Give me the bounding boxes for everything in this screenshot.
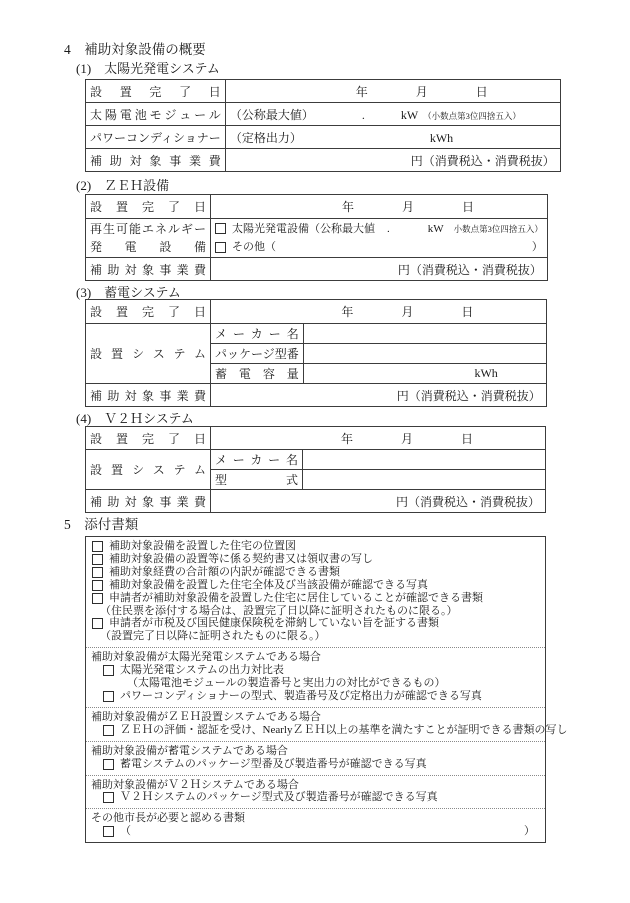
install-system-label: 設置システム: [86, 450, 211, 490]
checkbox[interactable]: [103, 792, 114, 803]
power-conditioner-label: パワーコンディショナー: [86, 126, 226, 149]
table-row: 設置システム メーカー名: [86, 450, 546, 470]
option-solar-label: 太陽光発電設備（公称最大値: [232, 220, 375, 239]
subsidy-cost-field[interactable]: 円（消費税込・消費税抜）: [225, 149, 560, 172]
subsidy-cost-label: 補助対象事業費: [86, 384, 211, 407]
block-heading: 補助対象設備がＶ２Ｈシステムである場合: [91, 779, 540, 792]
table3-title: (3) 蓄電システム: [76, 286, 181, 300]
option-other: その他（ ）: [215, 238, 543, 257]
checklist-item: ＺＥＨの評価・認証を受け、NearlyＺＥＨ以上の基準を満たすことが証明できる書…: [103, 724, 540, 737]
install-date-label: 設置完了日: [86, 300, 211, 324]
table2-title: (2) ＺＥＨ設備: [76, 179, 169, 193]
install-date-field[interactable]: 年 月 日: [211, 427, 546, 450]
checkbox[interactable]: [103, 826, 114, 837]
checkbox[interactable]: [92, 567, 103, 578]
subsidy-cost-field[interactable]: 円（消費税込・消費税抜）: [211, 258, 548, 281]
table-row: パワーコンディショナー （定格出力） kWh: [86, 126, 561, 149]
checkbox[interactable]: [103, 691, 114, 702]
power-conditioner-field[interactable]: （定格出力） kWh: [225, 126, 560, 149]
model-type-field[interactable]: [303, 470, 546, 490]
checklist-item-note: （設置完了日以降に証明されたものに限る。）: [100, 630, 540, 643]
table4-title: (4) Ｖ２Ｈシステム: [76, 412, 194, 426]
close-paren: ）: [524, 825, 535, 838]
kw-unit: kW: [428, 220, 444, 239]
install-date-field[interactable]: 年 月 日: [225, 80, 560, 103]
model-type-label: 型式: [211, 470, 303, 490]
table-row: 設置完了日 年 月 日: [86, 195, 548, 219]
checklist-item: 補助対象設備の設置等に係る契約書又は領収書の写し: [92, 553, 540, 566]
open-paren: （: [120, 825, 131, 838]
subsidy-cost-field[interactable]: 円（消費税込・消費税抜）: [211, 490, 546, 513]
checklist-item-label: 補助対象設備を設置した住宅の位置図: [109, 540, 296, 553]
checklist-item: 太陽光発電システムの出力対比表: [103, 664, 540, 677]
install-date-label: 設置完了日: [86, 195, 211, 219]
table-row: 再生可能エネルギー 発電設備 太陽光発電設備（公称最大値 . kW 小数点第3位…: [86, 219, 548, 258]
maker-name-label: メーカー名: [211, 324, 304, 344]
install-date-label: 設置完了日: [86, 427, 211, 450]
install-date-label: 設置完了日: [86, 80, 226, 103]
checklist-item-note: （太陽電池モジュールの製造番号と実出力の対比ができるもの）: [127, 677, 540, 690]
checklist-item: パワーコンディショナーの型式、製造番号及び定格出力が確認できる写真: [103, 690, 540, 703]
checklist-item-label: 補助対象設備を設置した住宅全体及び当該設備が確認できる写真: [109, 579, 428, 592]
table-row: 補助対象事業費 円（消費税込・消費税抜）: [86, 258, 548, 281]
renewable-label-line1: 再生可能エネルギー: [90, 220, 206, 238]
kwh-unit: kWh: [430, 131, 453, 146]
solar-system-table: 設置完了日 年 月 日 太陽電池モジュール （公称最大値） . kW （小数点第…: [85, 79, 561, 172]
checkbox[interactable]: [92, 593, 103, 604]
maker-name-label: メーカー名: [211, 450, 303, 470]
checklist-item-label: Ｖ２Ｈシステムのパッケージ型式及び製造番号が確認できる写真: [120, 791, 438, 804]
checklist-item-label: 補助対象設備の設置等に係る契約書又は領収書の写し: [109, 553, 373, 566]
attachment-block: 補助対象設備を設置した住宅の位置図補助対象設備の設置等に係る契約書又は領収書の写…: [86, 537, 545, 647]
checklist-item-label: 申請者が補助対象設備を設置した住宅に居住していることが確認できる書類: [109, 592, 483, 605]
kw-unit: kW: [401, 108, 418, 123]
section5-heading: 5 添付書類: [64, 518, 138, 532]
renewable-energy-label: 再生可能エネルギー 発電設備: [86, 219, 211, 258]
attachments-box: 補助対象設備を設置した住宅の位置図補助対象設備の設置等に係る契約書又は領収書の写…: [85, 536, 546, 843]
maker-name-field[interactable]: [303, 450, 546, 470]
table-row: 補助対象事業費 円（消費税込・消費税抜）: [86, 149, 561, 172]
document-page: { "s4": { "heading": "4 補助対象設備の概要", "com…: [0, 0, 630, 903]
checkbox[interactable]: [92, 618, 103, 629]
checklist-item: Ｖ２Ｈシステムのパッケージ型式及び製造番号が確認できる写真: [103, 791, 540, 804]
module-prefix: （公称最大値）: [230, 106, 314, 123]
checklist-item: 補助対象経費の合計額の内訳が確認できる書類: [92, 566, 540, 579]
section4-heading: 4 補助対象設備の概要: [64, 43, 206, 57]
block-heading: その他市長が必要と認める書類: [91, 812, 540, 825]
subsidy-cost-label: 補助対象事業費: [86, 490, 211, 513]
checklist-item-label: パワーコンディショナーの型式、製造番号及び定格出力が確認できる写真: [120, 690, 482, 703]
block-heading: 補助対象設備が太陽光発電システムである場合: [91, 651, 540, 664]
install-date-field[interactable]: 年 月 日: [211, 195, 548, 219]
module-value-field[interactable]: （公称最大値） . kW （小数点第3位四捨五入）: [225, 103, 560, 126]
attachment-block: 補助対象設備が太陽光発電システムである場合太陽光発電システムの出力対比表（太陽電…: [86, 647, 545, 707]
checklist-item-label: 蓄電システムのパッケージ型番及び製造番号が確認できる写真: [120, 758, 427, 771]
checklist-item: 蓄電システムのパッケージ型番及び製造番号が確認できる写真: [103, 758, 540, 771]
attachment-block: 補助対象設備がＺＥＨ設置システムである場合ＺＥＨの評価・認証を受け、Nearly…: [86, 707, 545, 741]
checklist-item: 申請者が補助対象設備を設置した住宅に居住していることが確認できる書類: [92, 592, 540, 605]
checkbox[interactable]: [215, 223, 226, 234]
checklist-item-label: ＺＥＨの評価・認証を受け、NearlyＺＥＨ以上の基準を満たすことが証明できる書…: [120, 724, 568, 737]
install-system-label: 設置システム: [86, 324, 211, 384]
checkbox[interactable]: [92, 541, 103, 552]
checklist-item: 補助対象設備を設置した住宅全体及び当該設備が確認できる写真: [92, 579, 540, 592]
package-model-label: パッケージ型番: [211, 344, 304, 364]
battery-system-table: 設置完了日 年 月 日 設置システム メーカー名 パッケージ型番 蓄電容量 kW…: [85, 299, 547, 407]
checkbox[interactable]: [103, 665, 114, 676]
block-heading: 補助対象設備がＺＥＨ設置システムである場合: [91, 711, 540, 724]
checklist-item: 補助対象設備を設置した住宅の位置図: [92, 540, 540, 553]
checkbox[interactable]: [92, 554, 103, 565]
checklist-item-label: 申請者が市税及び国民健康保険税を滞納していない旨を証する書類: [109, 617, 439, 630]
checkbox[interactable]: [92, 580, 103, 591]
maker-name-field[interactable]: [303, 324, 546, 344]
checklist-item-other: （）: [103, 825, 540, 838]
checklist-item-note: （住民票を添付する場合は、設置完了日以降に証明されたものに限る。）: [100, 605, 540, 618]
rounding-note: （小数点第3位四捨五入）: [423, 110, 521, 122]
table-row: 補助対象事業費 円（消費税込・消費税抜）: [86, 384, 547, 407]
option-solar: 太陽光発電設備（公称最大値 . kW 小数点第3位四捨五入）: [215, 220, 543, 239]
table-row: 太陽電池モジュール （公称最大値） . kW （小数点第3位四捨五入）: [86, 103, 561, 126]
rounding-note: 小数点第3位四捨五入）: [454, 220, 543, 239]
zeh-equipment-table: 設置完了日 年 月 日 再生可能エネルギー 発電設備 太陽光発電設備（公称最大値…: [85, 194, 548, 281]
checklist-item: 申請者が市税及び国民健康保険税を滞納していない旨を証する書類: [92, 617, 540, 630]
storage-capacity-field[interactable]: kWh: [303, 364, 546, 384]
attachment-block: 補助対象設備が蓄電システムである場合蓄電システムのパッケージ型番及び製造番号が確…: [86, 741, 545, 775]
rated-output-prefix: （定格出力）: [230, 129, 302, 146]
block-heading: 補助対象設備が蓄電システムである場合: [91, 745, 540, 758]
package-model-field[interactable]: [303, 344, 546, 364]
attachment-block: 補助対象設備がＶ２Ｈシステムである場合Ｖ２Ｈシステムのパッケージ型式及び製造番号…: [86, 775, 545, 809]
checkbox[interactable]: [103, 725, 114, 736]
renewable-label-line2: 発電設備: [90, 238, 206, 256]
checklist-item-label: 太陽光発電システムの出力対比表: [120, 664, 284, 677]
checkbox[interactable]: [103, 759, 114, 770]
table-row: 設置完了日 年 月 日: [86, 300, 547, 324]
subsidy-cost-label: 補助対象事業費: [86, 149, 226, 172]
install-date-field[interactable]: 年 月 日: [211, 300, 547, 324]
table-row: 設置完了日 年 月 日: [86, 80, 561, 103]
checkbox[interactable]: [215, 242, 226, 253]
renewable-options-cell: 太陽光発電設備（公称最大値 . kW 小数点第3位四捨五入） その他（ ）: [211, 219, 548, 258]
storage-capacity-label: 蓄電容量: [211, 364, 304, 384]
checklist-item-label: 補助対象経費の合計額の内訳が確認できる書類: [109, 566, 340, 579]
table-row: 設置完了日 年 月 日: [86, 427, 546, 450]
subsidy-cost-label: 補助対象事業費: [86, 258, 211, 281]
table-row: 設置システム メーカー名: [86, 324, 547, 344]
module-label: 太陽電池モジュール: [86, 103, 226, 126]
v2h-system-table: 設置完了日 年 月 日 設置システム メーカー名 型式 補助対象事業費 円（消費…: [85, 426, 546, 513]
close-paren: ）: [532, 238, 543, 257]
decimal-point: .: [387, 220, 390, 239]
subsidy-cost-field[interactable]: 円（消費税込・消費税抜）: [211, 384, 547, 407]
table1-title: (1) 太陽光発電システム: [76, 62, 220, 76]
decimal-point: .: [362, 108, 365, 123]
table-row: 補助対象事業費 円（消費税込・消費税抜）: [86, 490, 546, 513]
attachment-block: その他市長が必要と認める書類（）: [86, 808, 545, 842]
option-other-label: その他（: [232, 238, 276, 257]
